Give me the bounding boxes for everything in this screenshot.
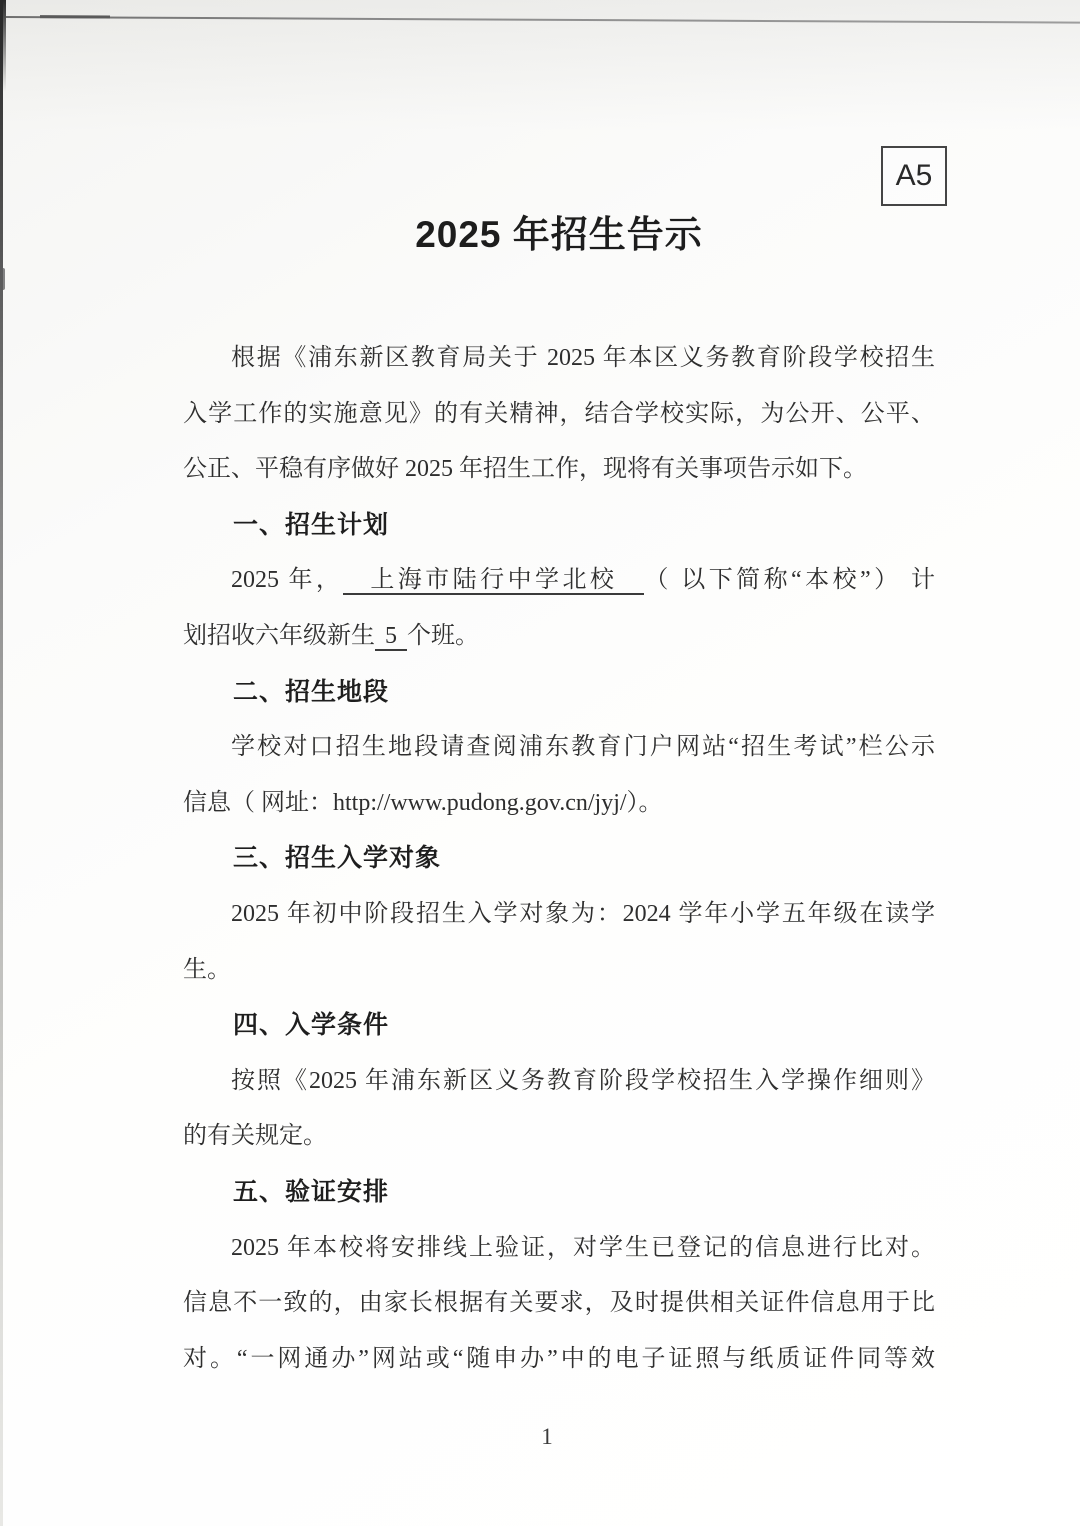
section-3-line-1: 2025 年初中阶段招生入学对象为：2024 学年小学五年级在读学	[183, 887, 935, 943]
section-4-heading: 四、入学条件	[183, 998, 935, 1054]
intro-line-1: 根据《浦东新区教育局关于 2025 年本区义务教育阶段学校招生	[183, 331, 935, 387]
document-body: 根据《浦东新区教育局关于 2025 年本区义务教育阶段学校招生 入学工作的实施意…	[183, 331, 935, 1387]
paper-size-badge: A5	[881, 146, 947, 206]
section-4-line-2: 的有关规定。	[183, 1109, 935, 1165]
section-1-line-1: 2025 年，上海市陆行中学北校（ 以下简称“本校”） 计	[183, 553, 935, 609]
class-count-blank: 5	[375, 623, 407, 651]
section-4-line-1: 按照《2025 年浦东新区义务教育阶段学校招生入学操作细则》	[183, 1054, 935, 1110]
scan-artifact-left-dash	[1, 268, 5, 290]
section-5-line-3: 对。“一网通办”网站或“随申办”中的电子证照与纸质证件同等效	[183, 1332, 935, 1388]
section-5-line-2: 信息不一致的，由家长根据有关要求，及时提供相关证件信息用于比	[183, 1276, 935, 1332]
enrollment-year-text: 2025 年，	[231, 567, 343, 593]
document-title: 2025 年招生告示	[0, 204, 1080, 258]
intro-line-2: 入学工作的实施意见》的有关精神，结合学校实际，为公开、公平、	[183, 387, 935, 443]
school-name-blank: 上海市陆行中学北校	[343, 567, 644, 595]
section-5-line-1: 2025 年本校将安排线上验证，对学生已登记的信息进行比对。	[183, 1221, 935, 1277]
section-3-heading: 三、招生入学对象	[183, 831, 935, 887]
section-1-line-2: 划招收六年级新生5个班。	[183, 609, 935, 665]
section-2-line-2: 信息（ 网址：http://www.pudong.gov.cn/jyj/）。	[183, 776, 935, 832]
school-alias-text: （ 以下简称“本校”） 计	[644, 567, 935, 593]
class-intake-text: 划招收六年级新生	[183, 623, 375, 649]
section-5-heading: 五、验证安排	[183, 1165, 935, 1221]
intro-line-3: 公正、平稳有序做好 2025 年招生工作，现将有关事项告示如下。	[183, 442, 935, 498]
class-unit-text: 个班。	[407, 623, 479, 649]
section-1-heading: 一、招生计划	[183, 498, 935, 554]
page-number: 1	[0, 1424, 1080, 1450]
section-3-line-2: 生。	[183, 943, 935, 999]
section-2-heading: 二、招生地段	[183, 665, 935, 721]
document-page: A5 2025 年招生告示 根据《浦东新区教育局关于 2025 年本区义务教育阶…	[0, 0, 1080, 1526]
scan-artifact-corner-blob	[0, 0, 6, 92]
scan-artifact-top-line	[6, 16, 1080, 23]
section-2-line-1: 学校对口招生地段请查阅浦东教育门户网站“招生考试”栏公示	[183, 720, 935, 776]
paper-size-label: A5	[896, 159, 933, 193]
